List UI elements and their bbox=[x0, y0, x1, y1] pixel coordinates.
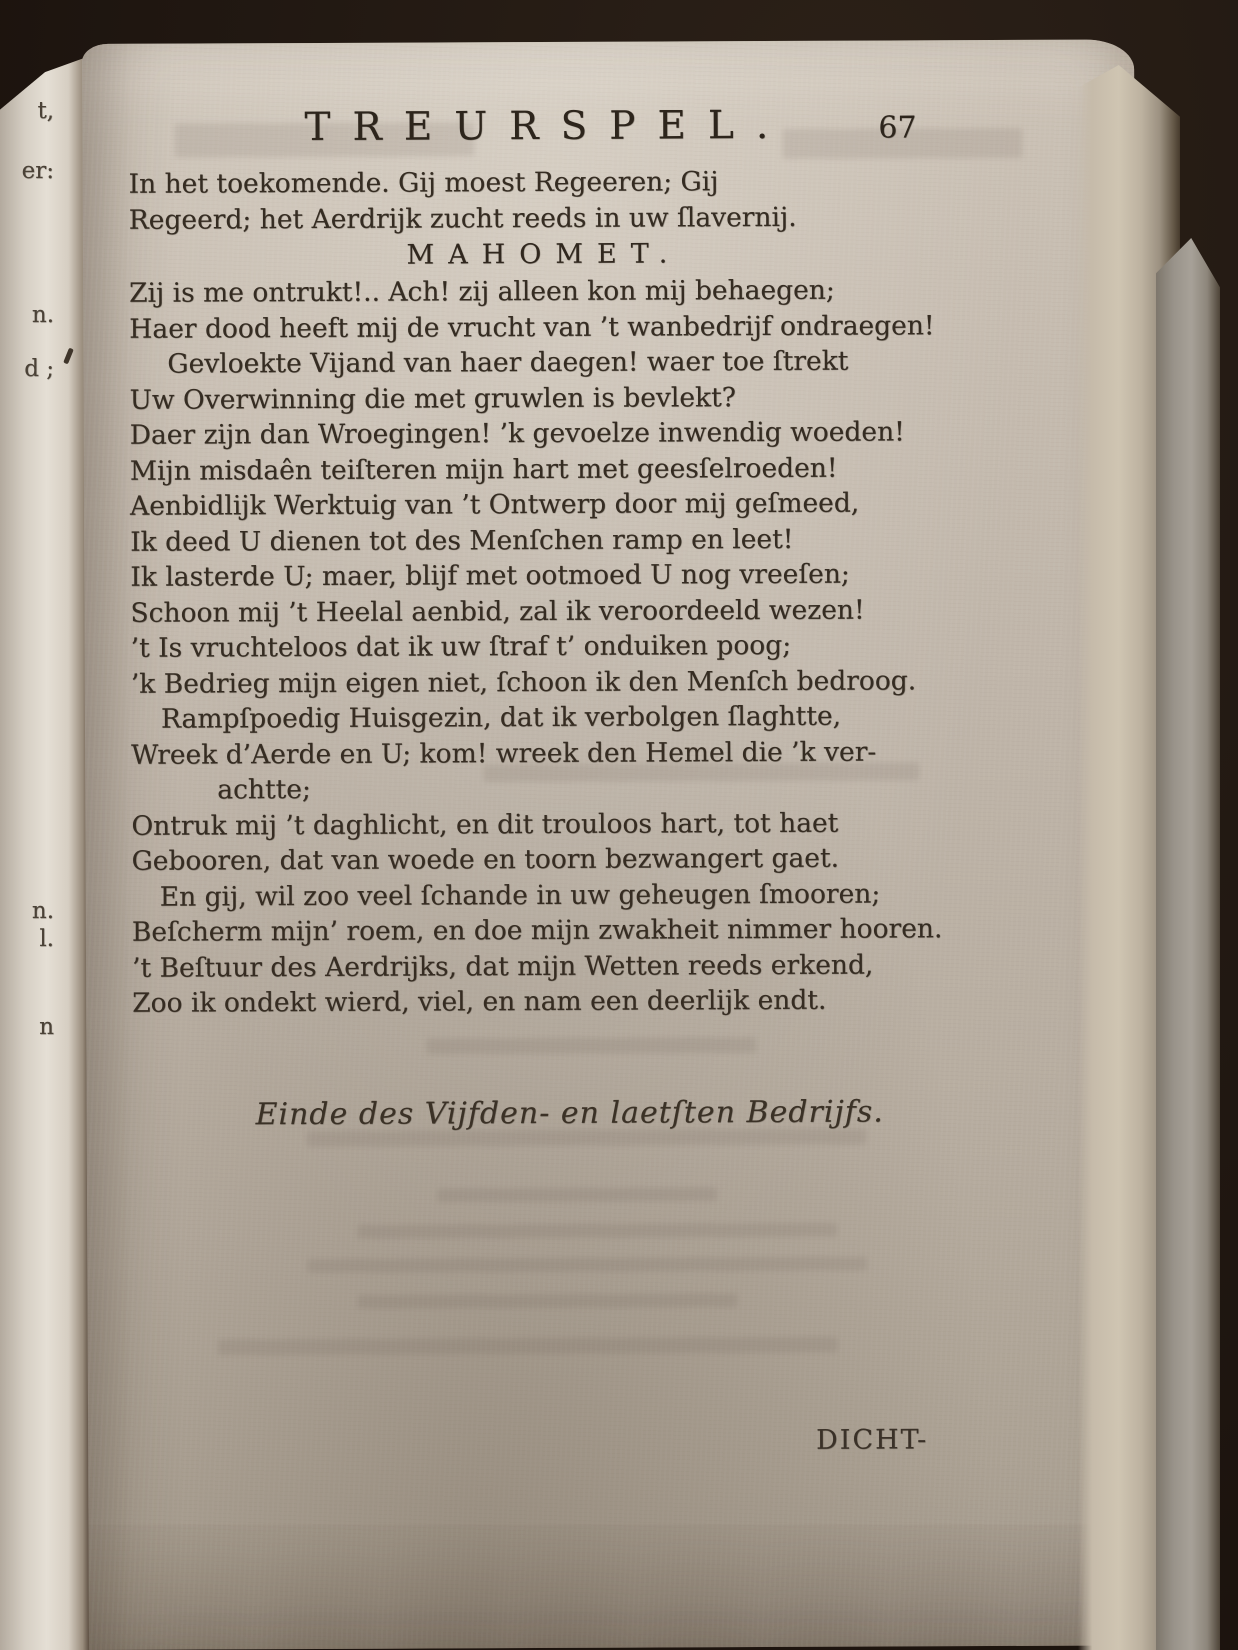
poem-lines: Zij is me ontrukt!.. Ach! zij alleen kon… bbox=[129, 272, 948, 1021]
showthrough-ghost bbox=[357, 1293, 737, 1309]
gutter-text-fragment: er: bbox=[0, 158, 54, 184]
showthrough-ghost bbox=[218, 1337, 838, 1356]
gutter-text-fragment: d ; bbox=[0, 356, 54, 382]
text-column: TREURSPEL. 67 In het toekomende. Gij moe… bbox=[128, 102, 948, 1132]
poem-line: En gij, wil zoo veel ſchande in uw geheu… bbox=[160, 876, 948, 915]
ink-speck bbox=[63, 348, 74, 365]
poem-line: Gebooren, dat van woede en toorn bezwang… bbox=[131, 840, 947, 879]
poem-line: Haer dood heeft mij de vrucht van ’t wan… bbox=[129, 308, 945, 347]
catchword: DICHT- bbox=[816, 1424, 928, 1455]
gutter-text-fragment: n. bbox=[0, 302, 54, 328]
running-title: TREURSPEL. bbox=[128, 102, 944, 151]
poem-line: achtte; bbox=[217, 769, 947, 808]
poem-line: Wreek d’Aerde en U; kom! wreek den Hemel… bbox=[131, 734, 947, 773]
poem-line: ’t Is vruchteloos dat ik uw ſtraf t’ ond… bbox=[131, 627, 947, 666]
poem-line: Gevloekte Vijand van haer daegen! waer t… bbox=[167, 343, 945, 382]
poem-line: Mijn misdaên teiſteren mijn hart met gee… bbox=[130, 450, 946, 489]
text-line: In het toekomende. Gij moest Regeeren; G… bbox=[129, 163, 945, 202]
showthrough-ghost bbox=[307, 1257, 867, 1273]
gutter-text-fragment: l. bbox=[0, 926, 54, 952]
poem-line: ’t Beſtuur des Aerdrijks, dat mijn Wette… bbox=[132, 947, 948, 986]
poem-line: Ik deed U dienen tot des Menſchen ramp e… bbox=[130, 521, 946, 560]
page-number: 67 bbox=[878, 110, 916, 145]
speaker-heading: MAHOMET. bbox=[129, 237, 945, 272]
text-line: Regeerd; het Aerdrijk zucht reeds in uw … bbox=[129, 199, 945, 238]
poem-line: Uw Overwinning die met gruwlen is bevlek… bbox=[129, 379, 945, 418]
poem-line: Aenbidlijk Werktuig van ’t Ontwerp door … bbox=[130, 485, 946, 524]
book-photo: t,er:n.d ;n.l.n TREURSPEL. 67 In het toe… bbox=[0, 0, 1238, 1650]
poem-line: Rampſpoedig Huisgezin, dat ik verbolgen … bbox=[161, 698, 947, 737]
poem-line: Beſcherm mijn’ roem, en doe mijn zwakhei… bbox=[132, 911, 948, 950]
gutter-text-fragment: n. bbox=[0, 898, 54, 924]
poem-line: Daer zijn dan Wroegingen! ’k gevoelze in… bbox=[130, 414, 946, 453]
gutter-text-fragment: n bbox=[0, 1014, 54, 1040]
act-ending-line: Einde des Vijfden- en laetſten Bedrijfs. bbox=[133, 1094, 949, 1133]
poem-line: ’k Bedrieg mijn eigen niet, ſchoon ik de… bbox=[131, 663, 947, 702]
fore-edge-pages-back bbox=[1156, 238, 1220, 1650]
poem-line: Ontruk mij ’t daghlicht, en dit trouloos… bbox=[131, 805, 947, 844]
poem-line: Zij is me ontrukt!.. Ach! zij alleen kon… bbox=[129, 272, 945, 311]
showthrough-ghost bbox=[437, 1187, 717, 1202]
showthrough-ghost bbox=[307, 1129, 867, 1147]
intro-lines: In het toekomende. Gij moest Regeeren; G… bbox=[129, 163, 945, 238]
facing-page-edge: t,er:n.d ;n.l.n bbox=[0, 20, 90, 1650]
poem-line: Ik lasterde U; maer, blijf met ootmoed U… bbox=[130, 556, 946, 595]
book-page: TREURSPEL. 67 In het toekomende. Gij moe… bbox=[82, 39, 1141, 1650]
poem-line: Schoon mij ’t Heelal aenbid, zal ik vero… bbox=[130, 592, 946, 631]
showthrough-ghost bbox=[357, 1223, 837, 1239]
poem-line: Zoo ik ondekt wierd, viel, en nam een de… bbox=[132, 982, 948, 1021]
gutter-text-fragment: t, bbox=[0, 98, 54, 124]
